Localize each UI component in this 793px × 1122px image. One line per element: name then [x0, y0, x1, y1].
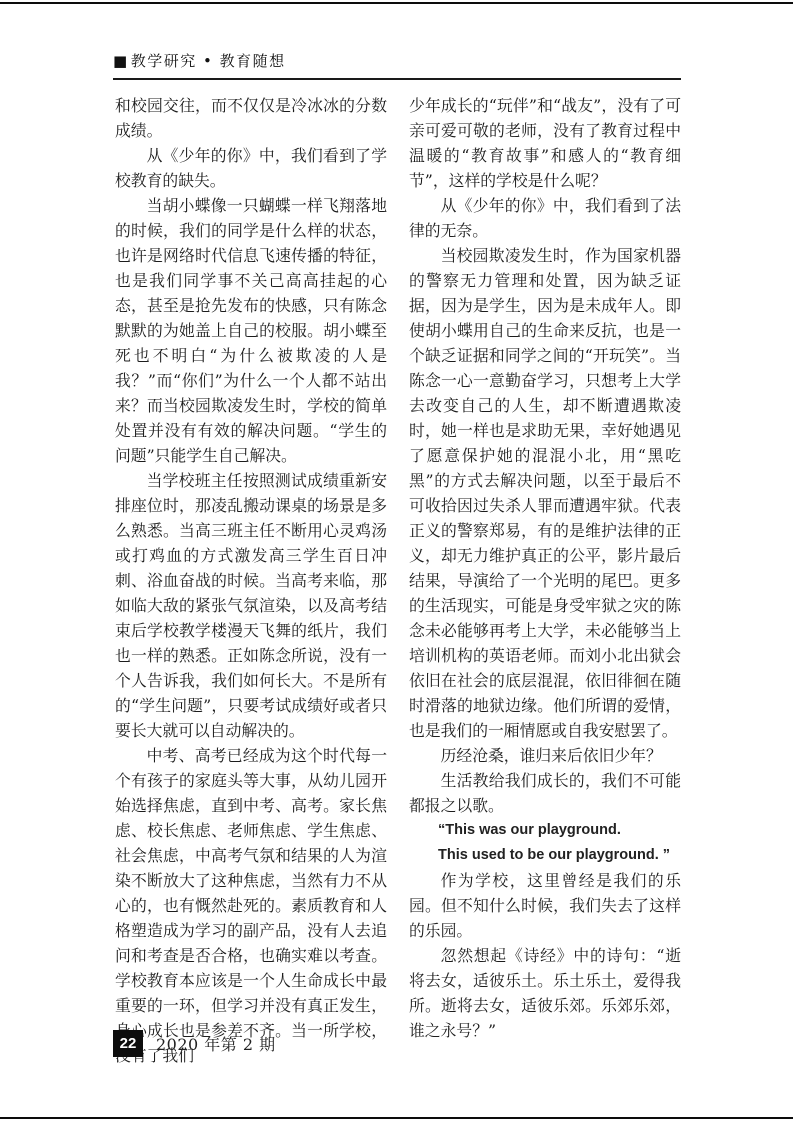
- paragraph: 当学校班主任按照测试成绩重新安排座位时，那凌乱搬动课桌的场景是多么熟悉。当高三班…: [115, 468, 387, 743]
- section-title: 教学研究 • 教育随想: [131, 52, 286, 70]
- paragraph: 中考、高考已经成为这个时代每一个有孩子的家庭头等大事，从幼儿园开始选择焦虑，直到…: [115, 743, 387, 1068]
- paragraph: 历经沧桑，谁归来后依旧少年？: [409, 743, 681, 768]
- english-quote-line: “This was our playground.: [409, 818, 681, 843]
- page-bottom-border: [0, 1117, 793, 1119]
- page-footer: 22 2020 年第 2 期: [113, 1030, 276, 1057]
- issue-label: 2020 年第 2 期: [156, 1032, 276, 1055]
- section-marker-icon: ■: [113, 52, 129, 70]
- paragraph: 和校园交往，而不仅仅是冷冰冰的分数成绩。: [115, 93, 387, 143]
- paragraph: 生活教给我们成长的，我们不可能都报之以歌。: [409, 768, 681, 818]
- english-quote-line: This used to be our playground. ”: [409, 843, 681, 868]
- page-top-border: [0, 2, 793, 4]
- page-header: ■教学研究 • 教育随想: [113, 50, 681, 80]
- paragraph: 当校园欺凌发生时，作为国家机器的警察无力管理和处置，因为缺乏证据，因为是学生，因…: [409, 243, 681, 743]
- paragraph: 作为学校，这里曾经是我们的乐园。但不知什么时候，我们失去了这样的乐园。: [409, 868, 681, 943]
- right-column: 少年成长的“玩伴”和“战友”，没有了可亲可爱可敬的老师，没有了教育过程中温暖的“…: [409, 93, 681, 1068]
- paragraph: 忽然想起《诗经》中的诗句：“逝将去女，适彼乐土。乐土乐土，爱得我所。逝将去女，适…: [409, 943, 681, 1043]
- paragraph: 当胡小蝶像一只蝴蝶一样飞翔落地的时候，我们的同学是什么样的状态，也许是网络时代信…: [115, 193, 387, 468]
- left-column: 和校园交往，而不仅仅是冷冰冰的分数成绩。 从《少年的你》中，我们看到了学校教育的…: [115, 93, 387, 1068]
- paragraph: 从《少年的你》中，我们看到了学校教育的缺失。: [115, 143, 387, 193]
- paragraph: 从《少年的你》中，我们看到了法律的无奈。: [409, 193, 681, 243]
- page-number-badge: 22: [113, 1030, 143, 1057]
- paragraph: 少年成长的“玩伴”和“战友”，没有了可亲可爱可敬的老师，没有了教育过程中温暖的“…: [409, 93, 681, 193]
- article-body: 和校园交往，而不仅仅是冷冰冰的分数成绩。 从《少年的你》中，我们看到了学校教育的…: [115, 93, 681, 1068]
